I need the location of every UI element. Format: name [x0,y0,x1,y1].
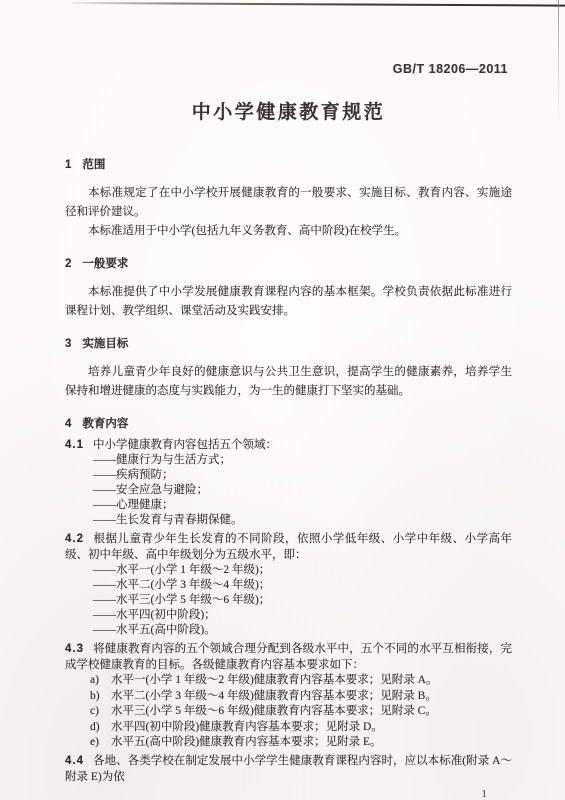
list-item-text: 水平一(小学 1 年级～2 年级)健康教育内容基本要求；见附录 A。 [111,674,437,686]
clause-text: 中小学健康教育内容包括五个领域： [93,439,277,451]
list-item: d)水平四(初中阶段)健康教育内容基本要求；见附录 D。 [65,720,512,736]
clause-number: 4.1 [65,439,84,451]
list-item: e)水平五(高中阶段)健康教育内容基本要求；见附录 E。 [65,735,512,751]
standard-number: GB/T 18206—2011 [65,62,512,76]
list-item: ——水平三(小学 5 年级～6 年级)； [65,593,512,608]
list-item-label: e) [90,735,111,751]
list-item: ——疾病预防； [65,468,512,483]
clause-number: 4.4 [65,755,84,767]
list-item: ——水平一(小学 1 年级～2 年级)； [65,563,512,578]
paragraph: 本标准适用于中小学(包括九年义务教育、高中阶段)在校学生。 [65,222,512,241]
scanned-document-page: { "header": { "doc_code": "GB/T 18206—20… [0,0,565,800]
list-item: a)水平一(小学 1 年级～2 年级)健康教育内容基本要求；见附录 A。 [65,673,512,689]
section-number: 1 [65,159,71,171]
section-heading-implementation-goal: 3实施目标 [65,337,512,352]
clause-4-4: 4.4各地、各类学校在制定发展中小学学生健康教育课程内容时，应以本标准(附录 A… [65,753,512,785]
section-heading-scope: 1范围 [65,158,512,173]
clause-4-3: 4.3将健康教育内容的五个领域合理分配到各级水平中，五个不同的水平互相衔接，完成… [65,641,512,673]
list-item-label: c) [90,704,111,720]
clause-number: 4.3 [65,643,84,655]
section-title: 一般要求 [82,258,128,270]
list-item-text: 水平四(初中阶段)健康教育内容基本要求；见附录 D。 [111,721,383,733]
section-number: 3 [65,338,71,350]
section-title: 实施目标 [82,338,128,350]
list-item-label: b) [90,689,111,705]
paragraph: 培养儿童青少年良好的健康意识与公共卫生意识，提高学生的健康素养，培养学生保持和增… [65,363,512,401]
document-title: 中小学健康教育规范 [65,100,512,126]
list-item: ——心理健康； [65,498,512,513]
list-item-text: 水平三(小学 5 年级～6 年级)健康教育内容基本要求；见附录 C。 [111,705,437,717]
section-title: 范围 [82,159,105,171]
clause-text: 根据儿童青少年生长发育的不同阶段，依照小学低年级、小学中年级、小学高年级、初中年… [65,533,512,561]
list-item-text: 水平二(小学 3 年级～4 年级)健康教育内容基本要求；见附录 B。 [111,690,437,702]
list-item: ——健康行为与生活方式； [65,453,512,468]
section-title: 教育内容 [82,418,128,430]
list-item: ——水平二(小学 3 年级～4 年级)； [65,578,512,593]
list-item: ——安全应急与避险； [65,483,512,498]
clause-number: 4.2 [65,533,84,545]
section-heading-education-content: 4教育内容 [65,417,512,432]
page-number: 1 [65,788,512,800]
section-number: 2 [65,258,71,270]
paragraph: 本标准提供了中小学发展健康教育课程内容的基本框架。学校负责依据此标准进行课程计划… [65,283,512,321]
clause-4-2: 4.2根据儿童青少年生长发育的不同阶段，依照小学低年级、小学中年级、小学高年级、… [65,531,512,563]
clause-4-1: 4.1中小学健康教育内容包括五个领域： [65,437,512,453]
clause-text: 将健康教育内容的五个领域合理分配到各级水平中，五个不同的水平互相衔接，完成学校健… [65,643,512,671]
list-item: ——生长发育与青春期保健。 [65,513,512,528]
list-item-label: d) [90,720,111,736]
paragraph: 本标准规定了在中小学校开展健康教育的一般要求、实施目标、教育内容、实施途径和评价… [65,184,512,222]
list-item: ——水平五(高中阶段)。 [65,623,512,638]
section-number: 4 [65,418,71,430]
list-item: b)水平二(小学 3 年级～4 年级)健康教育内容基本要求；见附录 B。 [65,689,512,705]
list-item-text: 水平五(高中阶段)健康教育内容基本要求；见附录 E。 [111,736,382,748]
list-item-label: a) [90,673,111,689]
page-content: GB/T 18206—2011 中小学健康教育规范 1范围 本标准规定了在中小学… [0,0,565,800]
section-heading-general-requirements: 2一般要求 [65,257,512,272]
clause-text: 各地、各类学校在制定发展中小学学生健康教育课程内容时，应以本标准(附录 A～附录… [65,755,512,783]
list-item: c)水平三(小学 5 年级～6 年级)健康教育内容基本要求；见附录 C。 [65,704,512,720]
list-item: ——水平四(初中阶段)； [65,608,512,623]
